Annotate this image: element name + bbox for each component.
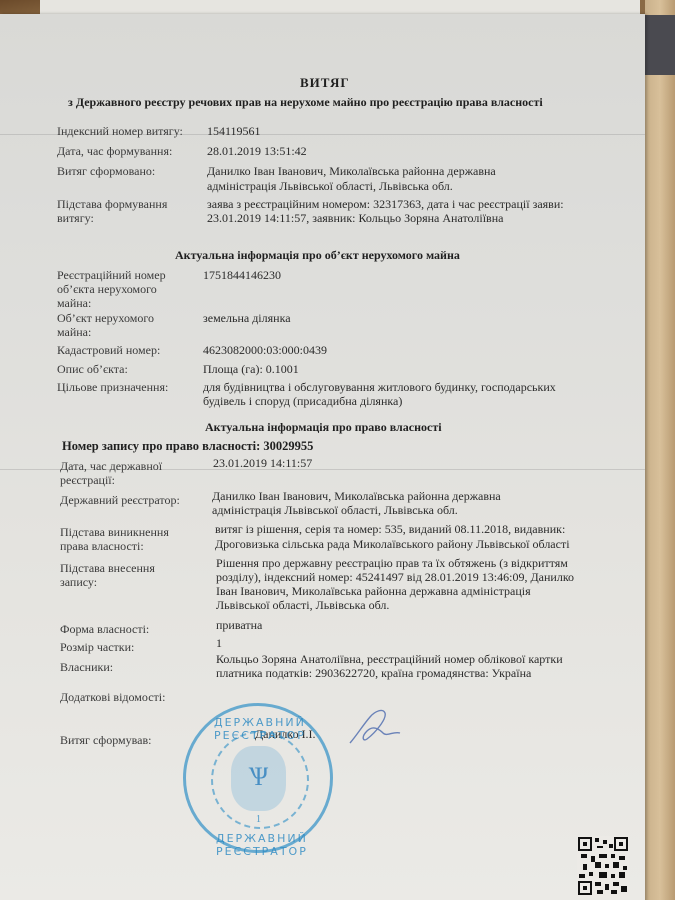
field-value-entry-basis-4: Львівської області, Львівська обл. [216, 598, 389, 612]
field-value-origin-1: витяг із рішення, серія та номер: 535, в… [215, 522, 565, 536]
qr-code-icon [577, 836, 629, 898]
field-value-description: Площа (га): 0.1001 [203, 362, 299, 376]
field-label-description: Опис об’єкта: [57, 362, 128, 376]
field-value-registrar-2: адміністрація Львівської області, Львівс… [212, 503, 458, 517]
field-value-owners-2: платника податків: 2903622720, країна гр… [216, 666, 531, 680]
section-heading-ownership: Актуальна інформація про право власності [205, 420, 442, 434]
field-value-registrar-1: Данилко Іван Іванович, Миколаївська райо… [212, 489, 501, 503]
field-label-additional: Додаткові відомості: [60, 690, 165, 704]
field-label-basis: Підстава формування витягу: [57, 197, 192, 225]
field-value-entry-basis-1: Рішення про державну реєстрацію прав та … [216, 556, 568, 570]
document-subtitle: з Державного реєстру речових прав на нер… [68, 95, 543, 109]
stamp-top-text: ДЕРЖАВНИЙ РЕЄСТРАТОР [214, 716, 330, 742]
field-value-formed-2: адміністрація Львівської області, Львівс… [207, 179, 453, 193]
field-value-datetime: 28.01.2019 13:51:42 [207, 144, 307, 158]
stamp-bottom-text: ДЕРЖАВНИЙ РЕЄСТРАТОР [216, 832, 330, 858]
field-label-reg-number: Реєстраційний номер об’єкта нерухомого м… [57, 268, 177, 310]
ownership-record-number: Номер запису про право власності: 300299… [62, 439, 313, 453]
field-label-datetime: Дата, час формування: [57, 144, 172, 158]
field-value-index: 154119561 [207, 124, 261, 138]
field-label-origin: Підстава виникнення права власності: [60, 525, 180, 553]
background-object [645, 15, 675, 75]
field-value-purpose-1: для будівництва і обслуговування житлово… [203, 380, 556, 394]
field-label-cadastral: Кадастровий номер: [57, 343, 160, 357]
field-label-reg-date: Дата, час державної реєстрації: [60, 459, 185, 487]
field-value-reg-date: 23.01.2019 14:11:57 [213, 456, 312, 470]
section-heading-object: Актуальна інформація про об’єкт нерухомо… [175, 248, 460, 262]
field-label-object: Об’єкт нерухомого майна: [57, 311, 167, 339]
trident-emblem-icon: Ѱ [249, 762, 268, 792]
field-value-basis-2: 23.01.2019 14:11:57, заявник: Кольцьо Зо… [207, 211, 503, 225]
field-value-entry-basis-2: розділу), індексний номер: 45241497 від … [216, 570, 574, 584]
background-wood [645, 0, 675, 900]
stamp-number: 1 [256, 814, 261, 825]
field-label-registrar: Державний реєстратор: [60, 493, 180, 507]
field-value-entry-basis-3: Іван Іванович, Миколаївська районна держ… [216, 584, 531, 598]
field-value-share: 1 [216, 636, 222, 650]
field-value-basis-1: заява з реєстраційним номером: 32317363,… [207, 197, 564, 211]
official-stamp: Ѱ ДЕРЖАВНИЙ РЕЄСТРАТОР 1 ДЕРЖАВНИЙ РЕЄСТ… [183, 703, 333, 853]
field-label-ownership-form: Форма власності: [60, 622, 149, 636]
field-value-cadastral: 4623082000:03:000:0439 [203, 343, 327, 357]
field-label-owners: Власники: [60, 660, 113, 674]
field-value-ownership-form: приватна [216, 618, 262, 632]
field-label-share: Розмір частки: [60, 640, 134, 654]
field-value-owners-1: Кольцьо Зоряна Анатоліївна, реєстраційни… [216, 652, 563, 666]
field-value-reg-number: 1751844146230 [203, 268, 281, 282]
field-value-origin-2: Дроговизька сільська рада Миколаївського… [215, 537, 570, 551]
field-value-purpose-2: будівель і споруд (присадибна ділянка) [203, 394, 402, 408]
field-value-object: земельна ділянка [203, 311, 291, 325]
field-label-purpose: Цільове призначення: [57, 380, 168, 394]
field-label-formed: Витяг сформовано: [57, 164, 155, 178]
document-title: ВИТЯГ [300, 76, 350, 90]
field-value-formed-1: Данилко Іван Іванович, Миколаївська райо… [207, 164, 496, 178]
field-label-index: Індексний номер витягу: [57, 124, 183, 138]
signature-icon [345, 705, 405, 750]
field-label-formed-by: Витяг сформував: [60, 733, 151, 747]
field-label-entry-basis: Підстава внесення запису: [60, 561, 170, 589]
